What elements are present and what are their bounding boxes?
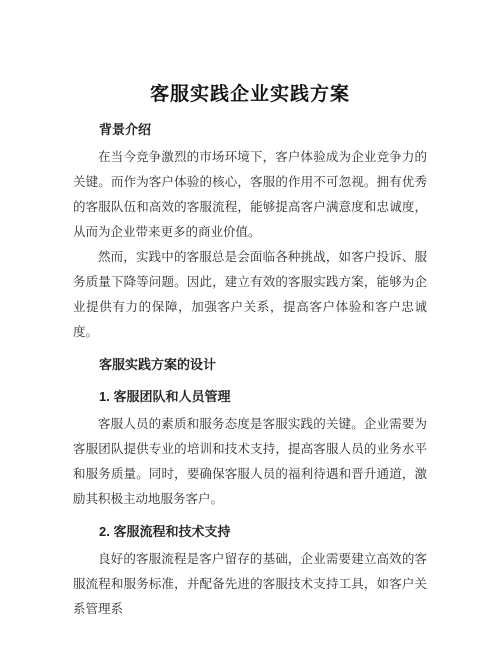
paragraph-team-management: 客服人员的素质和服务态度是客服实践的关键。企业需要为客服团队提供专业的培训和技术… <box>73 412 427 512</box>
paragraph-background-2: 然而，实践中的客服总是会面临各种挑战，如客户投诉、服务质量下降等问题。因此，建立… <box>73 245 427 345</box>
subsection-heading-team-management: 1. 客服团队和人员管理 <box>73 384 427 409</box>
section-heading-background: 背景介绍 <box>73 117 427 142</box>
paragraph-background-1: 在当今竞争激烈的市场环境下，客户体验成为企业竞争力的关键。而作为客户体验的核心，… <box>73 145 427 245</box>
document-title: 客服实践企业实践方案 <box>73 82 427 108</box>
paragraph-process-support: 良好的客服流程是客户留存的基础，企业需要建立高效的客服流程和服务标准，并配备先进… <box>73 547 427 622</box>
document-page: 客服实践企业实践方案 背景介绍 在当今竞争激烈的市场环境下，客户体验成为企业竞争… <box>0 0 500 647</box>
subsection-heading-process-support: 2. 客服流程和技术支持 <box>73 519 427 544</box>
section-heading-design: 客服实践方案的设计 <box>73 352 427 377</box>
